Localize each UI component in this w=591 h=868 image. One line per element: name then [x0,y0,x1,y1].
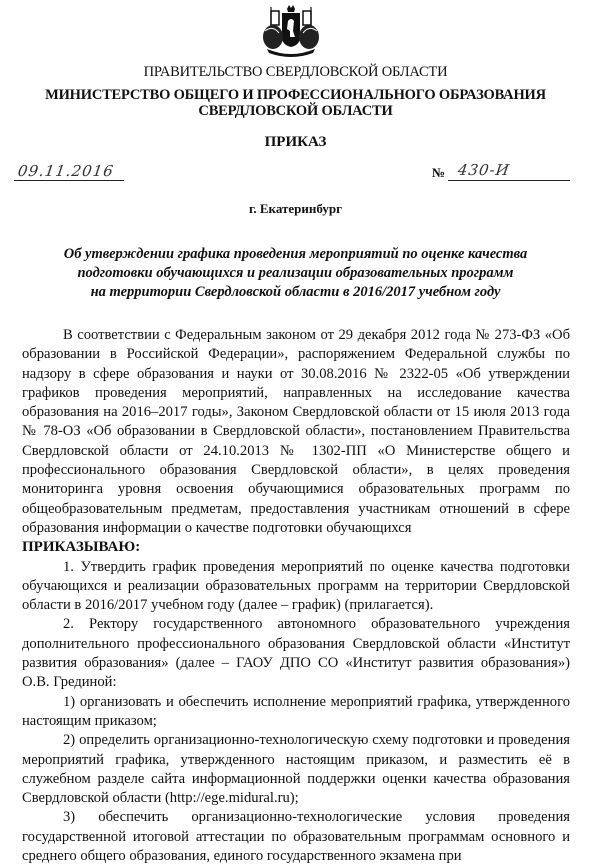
handwritten-date: 09.11.2016 [17,162,115,180]
order-item-2: 2. Ректору государственного автономного … [22,615,570,692]
ministry-title-line1: МИНИСТЕРСТВО ОБЩЕГО И ПРОФЕССИОНАЛЬНОГО … [0,87,591,103]
subject-line1: Об утверждении графика проведения меропр… [0,245,591,264]
order-subitem-2: 2) определить организационно-технологиче… [22,731,570,808]
ministry-title-line2: СВЕРДЛОВСКОЙ ОБЛАСТИ [0,103,591,119]
order-subitem-3: 3) обеспечить организационно-технологиче… [22,808,570,866]
order-item-1: 1. Утвердить график проведения мероприят… [22,558,570,616]
document-page: ПРАВИТЕЛЬСТВО СВЕРДЛОВСКОЙ ОБЛАСТИ МИНИС… [0,0,591,868]
subject-line2: подготовки обучающихся и реализации обра… [0,264,591,283]
order-subitem-1: 1) организовать и обеспечить исполнение … [22,693,570,732]
subject-line3: на территории Свердловской области в 201… [0,283,591,302]
handwritten-number: 430-И [457,161,511,179]
subject-title: Об утверждении графика проведения меропр… [0,245,591,302]
preamble-paragraph: В соответствии с Федеральным законом от … [22,326,570,538]
document-type: ПРИКАЗ [0,134,591,151]
order-word: ПРИКАЗЫВАЮ: [22,538,570,557]
coat-of-arms-icon [257,3,325,57]
document-body: В соответствии с Федеральным законом от … [22,326,570,866]
number-label: № [432,165,445,181]
government-title: ПРАВИТЕЛЬСТВО СВЕРДЛОВСКОЙ ОБЛАСТИ [0,64,591,81]
city: г. Екатеринбург [0,201,591,217]
ministry-title: МИНИСТЕРСТВО ОБЩЕГО И ПРОФЕССИОНАЛЬНОГО … [0,87,591,119]
